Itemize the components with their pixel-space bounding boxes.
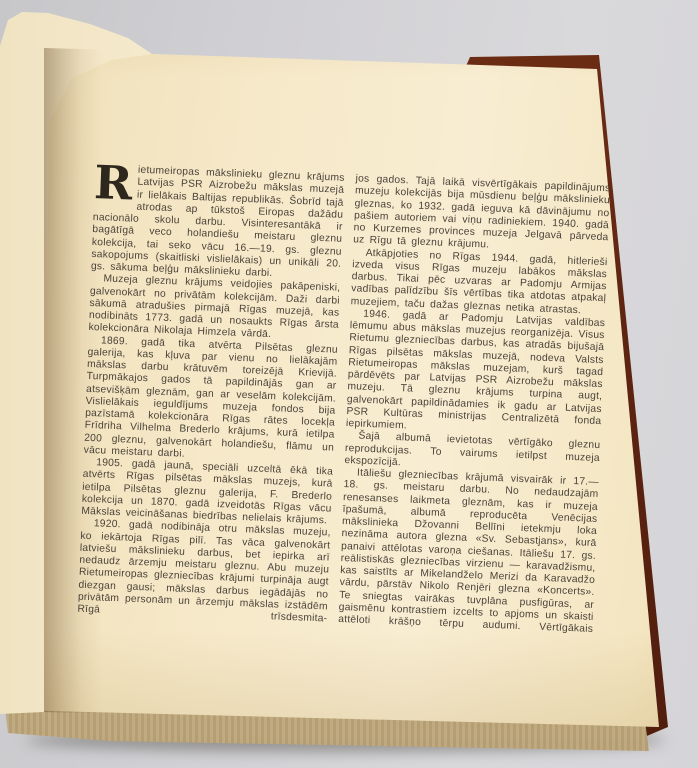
photo-background: Rietumeiropas mākslinieku gleznu krājums…	[0, 0, 698, 768]
paragraph: jos gados. Tajā laikā visvērtīgākais pap…	[353, 173, 611, 256]
left-column: Rietumeiropas mākslinieku gleznu krājums…	[77, 163, 345, 626]
paragraph: Itāliešu glezniecības krājumā visvairāk …	[338, 467, 599, 636]
paragraph: 1920. gadā nodibināja otru mākslas muzej…	[77, 518, 331, 626]
paragraph: Rietumeiropas mākslinieku gleznu krājums…	[91, 163, 345, 283]
paragraph: 1946. gadā ar Padomju Latvijas valdības …	[346, 308, 606, 440]
paragraph: Muzeja gleznu krājums veidojies pakāpeni…	[88, 273, 340, 344]
page-text: Rietumeiropas mākslinieku gleznu krājums…	[77, 163, 610, 636]
paragraph: 1905. gadā jaunā, speciāli uzceltā ēkā t…	[81, 457, 333, 528]
paragraph: 1869. gadā tika atvērta Pilsētas gleznu …	[83, 334, 338, 466]
paragraph: Atkāpjoties no Rīgas 1944. gadā, hitleri…	[351, 247, 608, 318]
right-column: jos gados. Tajā laikā visvērtīgākais pap…	[338, 173, 611, 636]
drop-cap: R	[94, 164, 134, 202]
